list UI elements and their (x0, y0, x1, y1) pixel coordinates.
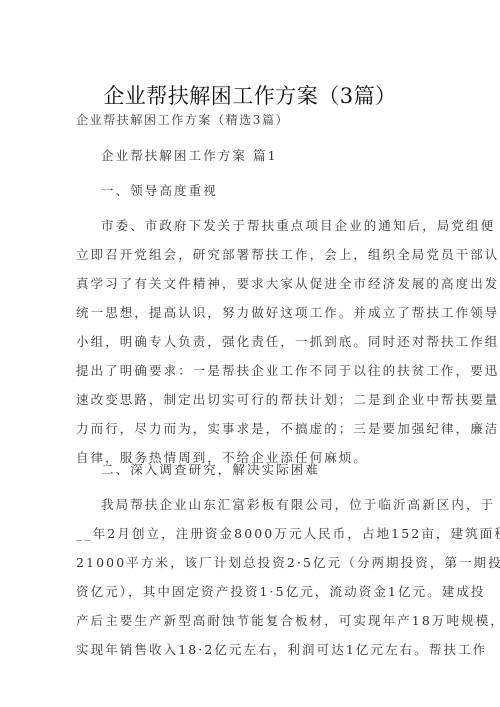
paragraph-line: 我局帮扶企业山东汇富彩板有限公司，位于临沂高新区内，于 (101, 497, 495, 513)
paragraph-line: 资亿元），其中固定资产投资1·5亿元，流动资金1亿元。建成投 (76, 584, 486, 600)
paragraph-line: 立即召开党组会，研究部署帮扶工作，会上，组织全局党员干部认 (76, 247, 499, 263)
paragraph-line: 市委、市政府下发关于帮扶重点项目企业的通知后，局党组便 (101, 218, 495, 234)
paragraph-line: 21000平方米，该厂计划总投资2·5亿元（分两期投资，第一期投 (76, 555, 500, 571)
paragraph-line: 真学习了有关文件精神，要求大家从促进全市经济发展的高度出发， (76, 276, 500, 292)
heading-research: 二、深入调查研究，解决实际困难 (101, 462, 320, 478)
heading-leadership: 一、领导高度重视 (101, 183, 218, 199)
document-page: 企业帮扶解困工作方案（3篇） 企业帮扶解困工作方案（精选3篇） 企业帮扶解困工作… (0, 0, 500, 707)
document-title: 企业帮扶解困工作方案（3篇） (0, 82, 500, 110)
paragraph-line: 实现年销售收入18·2亿元左右，利润可达1亿元左右。帮扶工作 (76, 642, 487, 658)
paragraph-line: 产后主要生产新型高耐蚀节能复合板材，可实现年产18万吨规模， (76, 613, 500, 629)
paragraph-line: 统一思想，提高认识，努力做好这项工作。并成立了帮扶工作领导 (76, 305, 499, 321)
paragraph-line: 力而行，尽力而为，实事求是，不搞虚的；三是要加强纪律，廉洁 (76, 421, 499, 437)
document-subtitle: 企业帮扶解困工作方案（精选3篇） (76, 112, 289, 128)
paragraph-line: 小组，明确专人负责，强化责任，一抓到底。同时还对帮扶工作组 (76, 334, 499, 350)
paragraph-line: __年2月创立，注册资金8000万元人民币，占地152亩，建筑面积 (76, 526, 500, 542)
section-title: 企业帮扶解困工作方案 篇1 (101, 148, 278, 164)
paragraph-line: 速改变思路，制定出切实可行的帮扶计划；二是到企业中帮扶要量 (76, 392, 499, 408)
paragraph-line: 提出了明确要求：一是帮扶企业工作不同于以往的扶贫工作，要迅 (76, 363, 499, 379)
